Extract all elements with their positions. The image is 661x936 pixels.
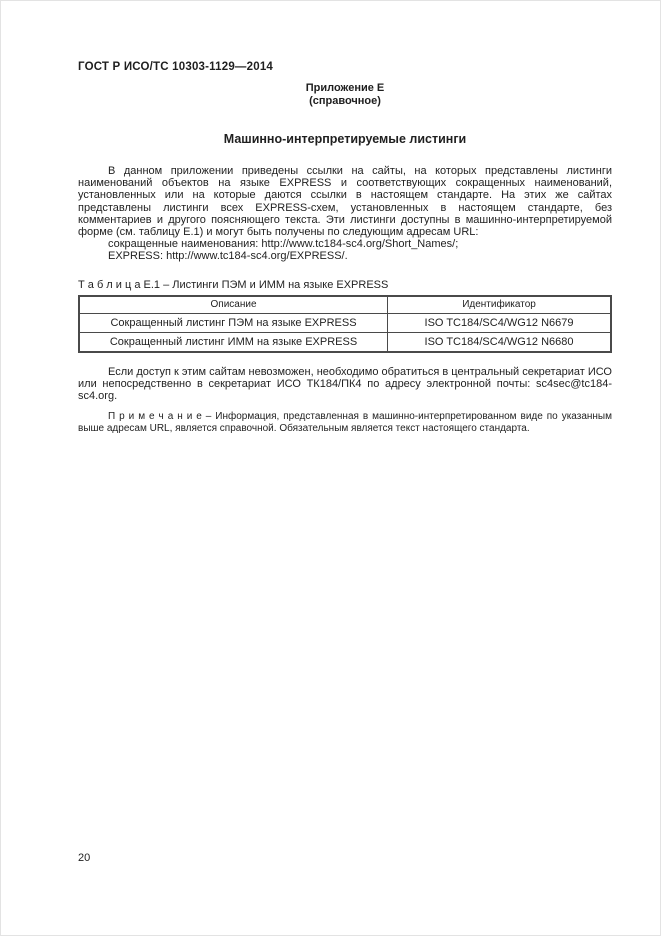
short-names-url-line: сокращенные наименования: http://www.tc1… — [78, 238, 612, 250]
table-header-row: Описание Идентификатор — [79, 296, 611, 314]
intro-paragraph-block: В данном приложении приведены ссылки на … — [78, 165, 612, 238]
page-content: ГОСТ Р ИСО/ТС 10303-1129—2014 Приложение… — [78, 60, 612, 435]
annex-type-label: (справочное) — [78, 95, 612, 108]
table-row: Сокращенный листинг ПЭМ на языке EXPRESS… — [79, 314, 611, 333]
document-page: ГОСТ Р ИСО/ТС 10303-1129—2014 Приложение… — [0, 0, 661, 936]
cell-description: Сокращенный листинг ИММ на языке EXPRESS — [79, 333, 388, 352]
intro-paragraph-text: В данном приложении приведены ссылки на … — [78, 165, 612, 238]
cell-identifier: ISO TC184/SC4/WG12 N6679 — [388, 314, 611, 333]
table-row: Сокращенный листинг ИММ на языке EXPRESS… — [79, 333, 611, 352]
page-number: 20 — [78, 852, 90, 864]
column-header-identifier: Идентификатор — [388, 296, 611, 314]
table-e1: Описание Идентификатор Сокращенный листи… — [78, 295, 612, 353]
cell-description: Сокращенный листинг ПЭМ на языке EXPRESS — [79, 314, 388, 333]
cell-identifier: ISO TC184/SC4/WG12 N6680 — [388, 333, 611, 352]
note-paragraph: П р и м е ч а н и е – Информация, предст… — [78, 411, 612, 435]
contact-paragraph: Если доступ к этим сайтам невозможен, не… — [78, 366, 612, 403]
column-header-description: Описание — [79, 296, 388, 314]
annex-title: Машинно-интерпретируемые листинги — [78, 132, 612, 147]
table-e1-caption: Т а б л и ц а Е.1 – Листинги ПЭМ и ИММ н… — [78, 279, 612, 292]
standard-designation-header: ГОСТ Р ИСО/ТС 10303-1129—2014 — [78, 60, 612, 74]
annex-label: Приложение Е — [78, 82, 612, 95]
express-url-line: EXPRESS: http://www.tc184-sc4.org/EXPRES… — [78, 250, 612, 262]
